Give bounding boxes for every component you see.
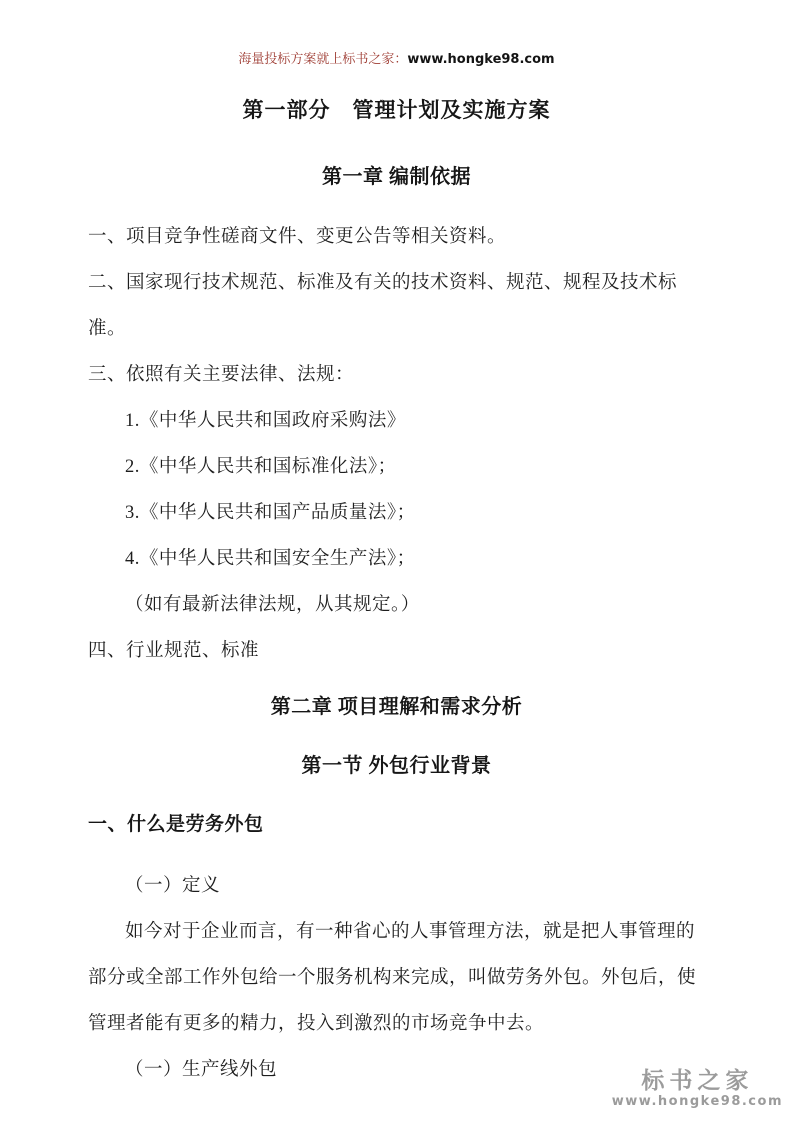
law-item: 2.《中华人民共和国标准化法》； (88, 444, 705, 490)
law-item: 4.《中华人民共和国安全生产法》； (88, 536, 705, 582)
list-item: 二、国家现行技术规范、标准及有关的技术资料、规范、规程及技术标准。 (88, 260, 705, 352)
list-item: 四、行业规范、标准 (88, 628, 705, 674)
law-item: 3.《中华人民共和国产品质量法》； (88, 490, 705, 536)
list-item: 一、项目竞争性磋商文件、变更公告等相关资料。 (88, 214, 705, 260)
chapter1-heading: 第一章 编制依据 (0, 164, 793, 190)
section1-heading: 第一节 外包行业背景 (0, 753, 793, 779)
watermark: 标书之家 www.hongke98.com (612, 1068, 783, 1110)
law-note: （如有最新法律法规，从其规定。） (88, 582, 705, 628)
body-paragraph: 如今对于企业而言，有一种省心的人事管理方法，就是把人事管理的部分或全部工作外包给… (88, 909, 705, 1047)
header-promo-text: 海量投标方案就上标书之家： (238, 51, 407, 66)
watermark-url: www.hongke98.com (612, 1094, 783, 1110)
part-title: 第一部分 管理计划及实施方案 (0, 96, 793, 124)
section1-body: （一）定义 如今对于企业而言，有一种省心的人事管理方法，就是把人事管理的部分或全… (0, 863, 793, 1093)
chapter1-body: 一、项目竞争性磋商文件、变更公告等相关资料。 二、国家现行技术规范、标准及有关的… (0, 214, 793, 674)
list-item: 三、依照有关主要法律、法规： (88, 352, 705, 398)
law-item: 1.《中华人民共和国政府采购法》 (88, 398, 705, 444)
header-site-url: www.hongke98.com (407, 52, 554, 67)
page-header: 海量投标方案就上标书之家：www.hongke98.com (0, 0, 793, 68)
chapter2-heading: 第二章 项目理解和需求分析 (0, 694, 793, 720)
definition-label: （一）定义 (88, 863, 705, 909)
subsection-heading: 一、什么是劳务外包 (0, 813, 793, 837)
watermark-brand-logo: 标书之家 (612, 1068, 783, 1094)
document-page: 海量投标方案就上标书之家：www.hongke98.com 第一部分 管理计划及… (0, 0, 793, 1122)
